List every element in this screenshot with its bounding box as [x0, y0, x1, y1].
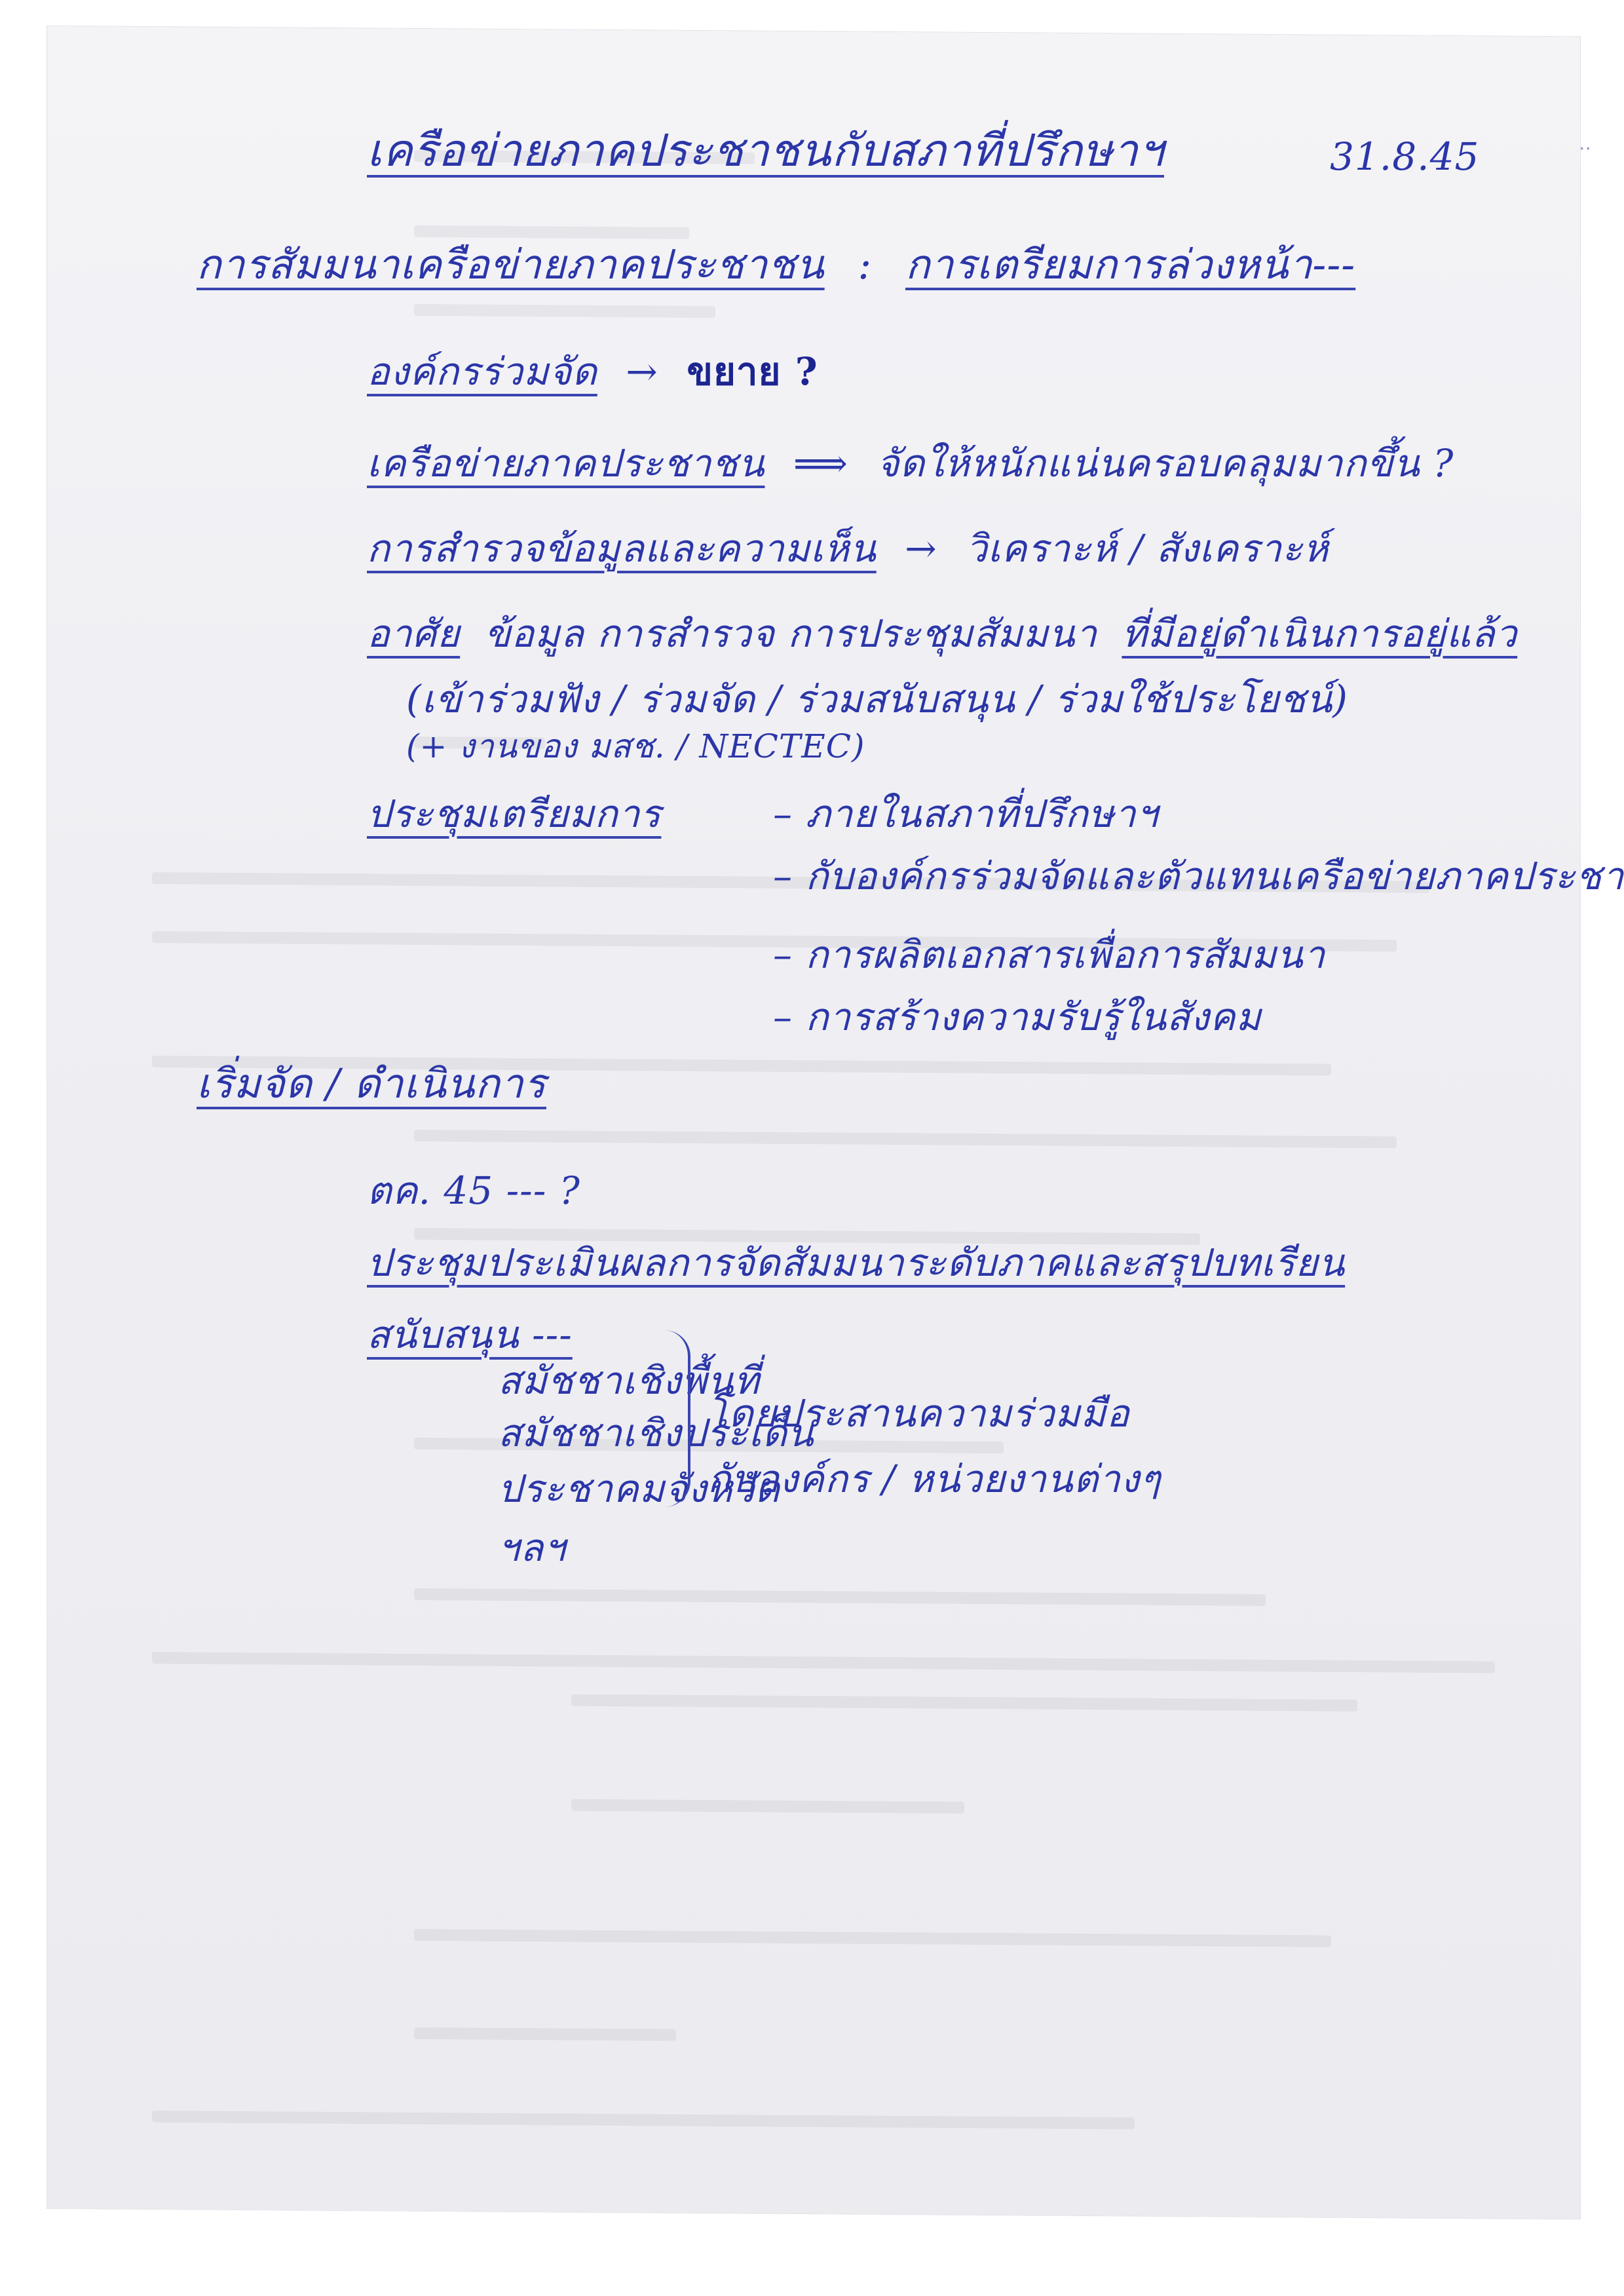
prep-item: – การสร้างความรับรู้ในสังคม [773, 986, 1262, 1047]
corner-marks: ·· [1579, 138, 1591, 161]
bleed-through-line [571, 1799, 964, 1814]
note-date: 31.8.45 [1330, 134, 1479, 179]
bleed-through-line [152, 1652, 1495, 1673]
start-section-label: เริ่มจัด / ดำเนินการ [197, 1052, 546, 1116]
heading-seminar-right: การเตรียมการล่วงหน้า--- [905, 240, 1355, 288]
bracket-note-line2: กับองค์กร / หน่วยงานต่างๆ [708, 1448, 1161, 1509]
line-survey: การสำรวจข้อมูลและความเห็น → วิเคราะห์ / … [367, 518, 1329, 579]
bleed-through-line [152, 2111, 1135, 2129]
prep-item-text: ภายในสภาที่ปรึกษาฯ [805, 792, 1158, 836]
line-value: จัดให้หนักแน่นครอบคลุมมากขึ้น ? [877, 441, 1454, 486]
note-title: เครือข่ายภาคประชาชนกับสภาที่ปรึกษาฯ [367, 115, 1164, 185]
prep-item: – กับองค์กรร่วมจัดและตัวแทนเครือข่ายภาคป… [773, 845, 1624, 906]
start-when: ตค. 45 --- ? [367, 1160, 580, 1221]
prep-item-text: กับองค์กรร่วมจัดและตัวแทนเครือข่ายภาคประ… [805, 854, 1624, 898]
assets-label: อาศัย [367, 611, 460, 656]
line-network: เครือข่ายภาคประชาชน ⟹ จัดให้หนักแน่นครอบ… [367, 432, 1454, 493]
heading-seminar-left: การสัมมนาเครือข่ายภาคประชาชน [197, 240, 825, 288]
line-value: วิเคราะห์ / สังเคราะห์ [966, 526, 1329, 571]
prep-item: – ภายในสภาที่ปรึกษาฯ [773, 783, 1158, 844]
bracket-brace [662, 1330, 690, 1507]
bleed-through-line [571, 1694, 1357, 1712]
line-co-organizers: องค์กรร่วมจัด → ขยาย ? [367, 341, 818, 402]
participation-note: (+ งานของ มสช. / NECTEC) [406, 721, 865, 773]
bleed-through-line [414, 1130, 1397, 1148]
line-label: การสำรวจข้อมูลและความเห็น [367, 526, 877, 571]
heading-separator: : [858, 240, 872, 288]
line-label: เครือข่ายภาคประชาชน [367, 441, 765, 486]
line-value: ขยาย ? [687, 349, 818, 394]
prep-item-text: การสร้างความรับรู้ในสังคม [805, 995, 1261, 1039]
evaluation-meeting: ประชุมประเมินผลการจัดสัมมนาระดับภาคและสร… [367, 1232, 1345, 1293]
support-item: ฯลฯ [498, 1517, 566, 1578]
prep-item-text: การผลิตเอกสารเพื่อการสัมมนา [805, 932, 1325, 977]
line-label: องค์กรร่วมจัด [367, 349, 597, 394]
line-assets: อาศัย ข้อมูล การสำรวจ การประชุมสัมมนา ที… [367, 603, 1517, 664]
bleed-through-line [414, 304, 715, 318]
bleed-through-line [414, 1929, 1331, 1947]
bleed-through-line [414, 2027, 676, 2041]
double-arrow-icon: ⟹ [793, 441, 848, 486]
bleed-through-line [414, 1588, 1266, 1606]
assets-underlined: ที่มีอยู่ดำเนินการอยู่แล้ว [1122, 611, 1517, 656]
arrow-icon: → [626, 349, 658, 394]
assets-text: ข้อมูล การสำรวจ การประชุมสัมมนา [485, 611, 1097, 656]
bracket-note-line1: โดยประสานความร่วมมือ [708, 1383, 1130, 1444]
prep-meeting-label: ประชุมเตรียมการ [367, 783, 661, 844]
arrow-icon: → [905, 526, 937, 571]
prep-item: – การผลิตเอกสารเพื่อการสัมมนา [773, 924, 1325, 985]
heading-seminar: การสัมมนาเครือข่ายภาคประชาชน : การเตรียม… [197, 233, 1355, 297]
